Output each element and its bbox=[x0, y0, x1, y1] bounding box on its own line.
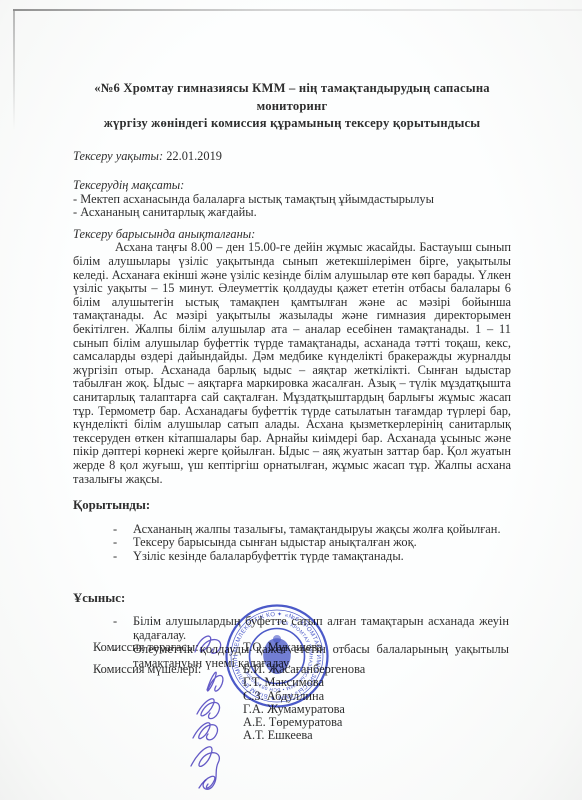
bullet-dash: - bbox=[113, 615, 117, 629]
conclusion-item: - Үзіліс кезінде балаларбуфеттік түрде т… bbox=[73, 550, 511, 564]
inspection-date-label: Тексеру уақыты: bbox=[73, 149, 163, 163]
purpose-section: Тексерудің мақсаты: - Мектеп асханасында… bbox=[73, 179, 511, 220]
report-title: «№6 Хромтау гимназиясы КММ – нің тамақта… bbox=[73, 80, 511, 133]
findings-heading: Тексеру барысында анықталғаны: bbox=[73, 228, 511, 242]
inspection-date-value: 22.01.2019 bbox=[166, 149, 222, 163]
conclusion-item-text: Тексеру барысында сынған ыдыстар анықтал… bbox=[133, 535, 417, 549]
bullet-dash: - bbox=[113, 523, 117, 537]
conclusion-item: - Тексеру барысында сынған ыдыстар анықт… bbox=[73, 536, 511, 550]
bullet-dash: - bbox=[113, 536, 117, 550]
official-stamp: ✦ «№6 ХРОМТАУ ГИМНАЗИЯСЫ» КММ ✦ БІЛІМ БӨ… bbox=[222, 601, 332, 711]
scan-edge-left bbox=[13, 10, 15, 130]
conclusion-heading: Қорытынды: bbox=[73, 499, 511, 513]
signature-stroke bbox=[197, 699, 220, 719]
findings-paragraph: Асхана таңғы 8.00 – ден 15.00-ге дейін ж… bbox=[73, 241, 511, 486]
purpose-item: - Мектеп асханасында балаларға ыстық там… bbox=[73, 193, 511, 207]
signature-stroke bbox=[191, 747, 219, 789]
conclusion-item: - Асхананың жалпы тазалығы, тамақтандыру… bbox=[73, 523, 511, 537]
conclusion-list: - Асхананың жалпы тазалығы, тамақтандыру… bbox=[73, 523, 511, 564]
document-page: «№6 Хромтау гимназиясы КММ – нің тамақта… bbox=[0, 0, 582, 800]
findings-section: Тексеру барысында анықталғаны: Асхана та… bbox=[73, 228, 511, 486]
signature-stroke bbox=[207, 672, 223, 691]
purpose-item: - Асхананың санитарлық жағдайы. bbox=[73, 206, 511, 220]
conclusion-item-text: Үзіліс кезінде балаларбуфеттік түрде там… bbox=[133, 549, 404, 563]
bullet-dash: - bbox=[113, 550, 117, 564]
scan-edge-top bbox=[13, 9, 582, 11]
report-title-line2: жүргізу жөніндегі комиссия құрамының тек… bbox=[73, 115, 511, 133]
stamp-emblem-dot bbox=[273, 635, 281, 643]
conclusion-section: Қорытынды: - Асхананың жалпы тазалығы, т… bbox=[73, 499, 511, 563]
inspection-date-row: Тексеру уақыты: 22.01.2019 bbox=[73, 150, 511, 164]
stamp-emblem bbox=[263, 638, 291, 674]
report-title-line1: «№6 Хромтау гимназиясы КММ – нің тамақта… bbox=[73, 80, 511, 115]
conclusion-item-text: Асхананың жалпы тазалығы, тамақтандыруы … bbox=[133, 522, 501, 536]
report-body: «№6 Хромтау гимназиясы КММ – нің тамақта… bbox=[73, 80, 511, 670]
signature-stroke bbox=[195, 636, 221, 653]
purpose-heading: Тексерудің мақсаты: bbox=[73, 179, 511, 193]
signature-stroke bbox=[193, 723, 218, 740]
